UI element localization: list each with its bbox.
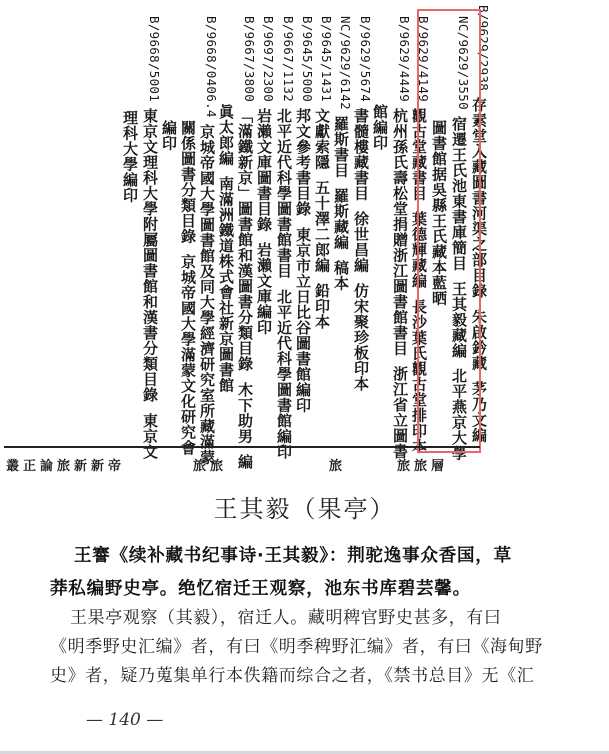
call-number: B/9667/3800 <box>240 16 258 102</box>
catalog-entry-column: B/9668/0406.4京城帝國大學圖書館及同大學經濟研究室所藏滿蒙 <box>198 16 220 475</box>
poem-line-1: 王謇《续补藏书纪事诗·王其毅》：荆驼逸事众香国，草 <box>50 540 580 573</box>
catalog-entry-column: B/9667/1132北平近代科學圖書館書目北平近代科學圖書館編印 <box>275 16 297 469</box>
catalog-entry-column: NC/9629/6142羅斯書目羅斯藏編稿本 <box>332 16 354 301</box>
body-line-1: 王果亭观察（其毅），宿迁人。藏明稗官野史甚多，有曰 <box>50 604 582 633</box>
entry-text: 書髓樓藏書目 <box>352 108 370 201</box>
entry-text: 關係圖書分類目錄 <box>179 120 197 244</box>
cropped-next-line: 叢正論旅新新帝 旅旅 旅 旅旅層 齊闘枯頂本 坦 <box>6 455 476 473</box>
page-number: — 140 — <box>86 710 163 730</box>
body-paragraph: 王果亭观察（其毅），宿迁人。藏明稗官野史甚多，有曰 《明季野史汇编》者，有曰《明… <box>50 604 582 691</box>
entry-text: 「滿鐵新京」圖書館和漢圖書分類目錄 <box>236 108 254 372</box>
call-number: B/9645/5000 <box>298 16 316 102</box>
poem-line-2: 莽私编野史亭。绝忆宿迁王观察，池东书库碧芸馨。 <box>50 579 471 599</box>
catalog-entry-column: B/9645/5000邦文參考書目錄東京市立日比谷圖書館編印 <box>294 16 316 423</box>
call-number: B/9668/0406.4 <box>202 16 220 118</box>
entry-text: 京城帝國大學圖書館及同大學經濟研究室所藏滿蒙 <box>198 124 216 465</box>
call-number: B/9645/1431 <box>317 16 335 102</box>
body-line-2: 《明季野史汇编》者，有曰《明季稗野汇编》者，有曰《海甸野 <box>50 633 582 662</box>
catalog-entry-column: B/9668/5001東京文理科大學附屬圖書館和漢書分類目錄東京文 <box>141 16 163 469</box>
entry-text: 仿宋聚珍板印本 <box>352 283 370 392</box>
catalog-entry-column: 理科大學編印 <box>121 110 139 213</box>
entry-text: 東京文 <box>141 413 159 460</box>
call-number: B/9667/1132 <box>279 16 297 102</box>
catalog-entry-column: B/9697/2300岩瀨文庫圖書目錄岩瀨文庫編印 <box>255 16 277 345</box>
catalog-entry-column: B/9645/1431文獻索隱五十澤二郎編鉛印本 <box>313 16 335 340</box>
entry-text: 東京文理科大學附屬圖書館和漢書分類目錄 <box>141 108 159 403</box>
section-divider <box>4 446 480 448</box>
call-number: NC/9629/6142 <box>336 16 354 110</box>
call-number: B/9629/4449 <box>395 16 413 102</box>
catalog-listing: B/9629/2938存素堂入藏圖書河渠之部目錄朱啟鈐藏茅乃文編NC/9629/… <box>0 0 609 452</box>
entry-text: 木下助男 <box>236 382 254 444</box>
article-heading: 王其毅（果亭） <box>0 489 609 524</box>
entry-text: 京城帝國大學滿蒙文化研究會 <box>179 254 197 456</box>
entry-text: 北平近代科學圖書館書目 <box>275 108 293 279</box>
entry-text: 徐世昌編 <box>352 211 370 273</box>
entry-text: 杭州孫氏壽松堂捐贈浙江圖書館書目 <box>391 108 409 356</box>
catalog-entry-column: B/9629/5674書髓樓藏書目徐世昌編仿宋聚珍板印本 <box>352 16 374 402</box>
entry-text: 理科大學編印 <box>121 110 139 203</box>
body-line-3: 史》者，疑乃蒐集单行本佚籍而综合之者，《禁书总目》无《汇 <box>50 662 582 691</box>
call-number: B/9697/2300 <box>259 16 277 102</box>
catalog-entry-column: B/9667/3800「滿鐵新京」圖書館和漢圖書分類目錄木下助男編 <box>236 16 258 479</box>
call-number: B/9668/5001 <box>145 16 163 102</box>
poem-quote: 王謇《续补藏书纪事诗·王其毅》：荆驼逸事众香国，草 莽私编野史亭。绝忆宿迁王观察… <box>50 540 580 606</box>
entry-text: 北平近代科學圖書館編印 <box>275 289 293 460</box>
catalog-entry-column: B/9629/4449杭州孫氏壽松堂捐贈浙江圖書館書目浙江省立圖書 <box>391 16 413 469</box>
highlight-box <box>417 9 481 453</box>
catalog-entry-column: 關係圖書分類目錄京城帝國大學滿蒙文化研究會 <box>179 120 197 466</box>
call-number: B/9629/5674 <box>356 16 374 102</box>
